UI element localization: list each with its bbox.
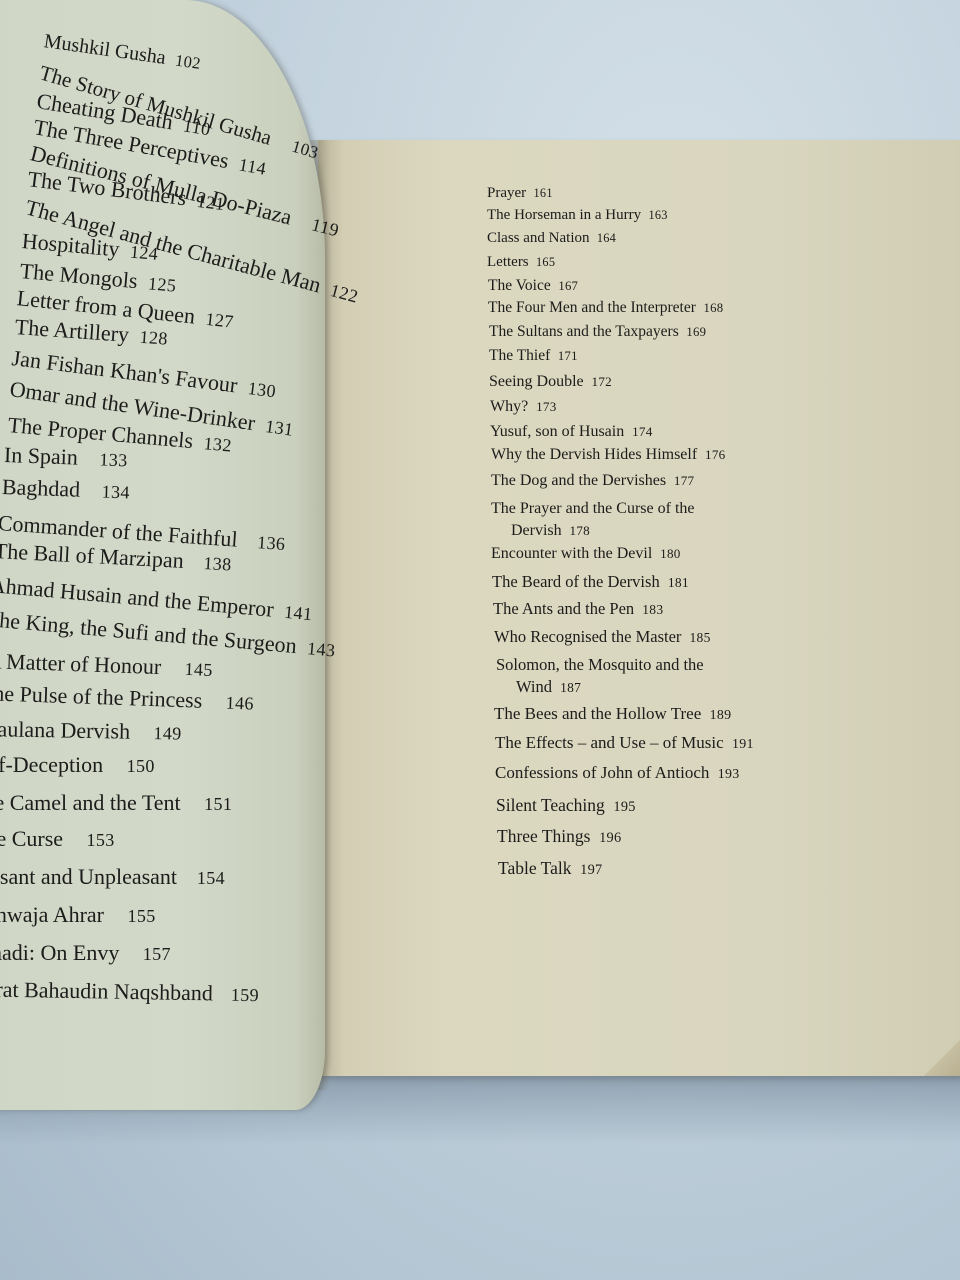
toc-entry: The Curse153: [0, 826, 115, 852]
toc-entry: The Four Men and the Interpreter168: [488, 299, 723, 317]
toc-entry: Confessions of John of Antioch193: [495, 763, 740, 783]
toc-entry: The Horseman in a Hurry163: [487, 207, 668, 224]
toc-entry: The Effects – and Use – of Music191: [495, 733, 754, 753]
toc-entry: Encounter with the Devil180: [491, 545, 681, 563]
toc-entry: In Spain133: [4, 442, 129, 472]
toc-entry: Yusuf, son of Husain174: [490, 423, 653, 441]
toc-entry: Maulana Dervish149: [0, 716, 182, 746]
toc-entry: Saadi: On Envy157: [0, 940, 171, 966]
toc-entry: Prayer161: [487, 185, 553, 202]
toc-entry: The Dog and the Dervishes177: [491, 472, 694, 490]
toc-entry: Khwaja Ahrar155: [0, 902, 156, 928]
toc-entry: Pleasant and Unpleasant154: [0, 864, 225, 890]
toc-entry: Class and Nation164: [487, 230, 616, 247]
page-corner: [924, 1036, 960, 1076]
toc-entry: The Bees and the Hollow Tree189: [494, 704, 731, 724]
toc-entry: Baghdad134: [2, 474, 131, 504]
toc-entry: The Sultans and the Taxpayers169: [489, 323, 706, 341]
toc-entry: Seeing Double172: [489, 373, 612, 391]
toc-entry: The Beard of the Dervish181: [492, 572, 689, 592]
toc-entry: Why the Dervish Hides Himself176: [491, 446, 726, 464]
toc-entry: Self-Deception150: [0, 752, 155, 778]
toc-entry: The Thief171: [489, 347, 578, 365]
toc-entry: Silent Teaching195: [496, 795, 636, 816]
toc-entry: Letters165: [487, 254, 555, 271]
toc-entry: Table Talk197: [498, 858, 603, 879]
toc-entry: Three Things196: [497, 826, 621, 847]
toc-entry: The Ants and the Pen183: [493, 599, 663, 619]
toc-entry: The Prayer and the Curse of theDervish17…: [491, 498, 751, 541]
toc-entry: Solomon, the Mosquito and theWind187: [496, 654, 776, 699]
toc-entry: Hazrat Bahaudin Naqshband159: [0, 976, 259, 1007]
toc-entry: Who Recognised the Master185: [494, 627, 711, 647]
toc-entry: The Camel and the Tent151: [0, 790, 232, 816]
toc-entry: Why?173: [490, 398, 557, 416]
toc-entry: The Voice167: [488, 277, 578, 295]
